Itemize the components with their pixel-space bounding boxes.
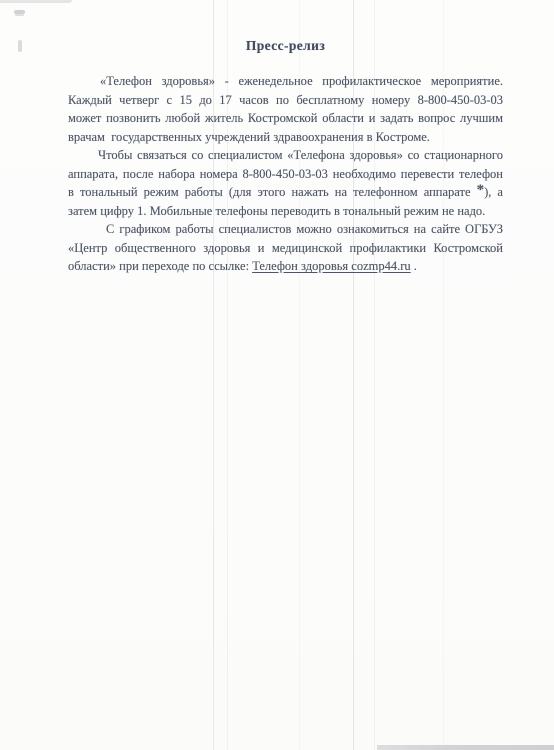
text-segment: может позвонить любой житель Костромской…	[68, 111, 503, 125]
text-line: «Телефон здоровья» - еженедельное профил…	[68, 72, 503, 91]
text-line: затем цифру 1. Мобильные телефоны перево…	[68, 202, 503, 221]
scan-smudge-artifact	[0, 0, 72, 3]
document-title: Пресс-релиз	[68, 38, 503, 54]
text-line: С графиком работы специалистов можно озн…	[68, 220, 503, 239]
text-line: может позвонить любой житель Костромской…	[68, 109, 503, 128]
text-line: аппарата, после набора номера 8-800-450-…	[68, 165, 503, 184]
document-body: «Телефон здоровья» - еженедельное профил…	[68, 72, 503, 276]
text-line: «Центр общественного здоровья и медицинс…	[68, 239, 503, 258]
text-line: врачам государственных учреждений здраво…	[68, 128, 503, 147]
text-segment: затем цифру 1. Мобильные телефоны перево…	[68, 204, 485, 218]
pencil-mark-artifact	[14, 10, 25, 14]
health-phone-site-link[interactable]: Телефон здоровья cozmp44.ru	[252, 259, 410, 273]
text-line: Чтобы связаться со специалистом «Телефон…	[68, 146, 503, 165]
text-segment: С графиком работы специалистов можно озн…	[106, 222, 503, 236]
pencil-mark-artifact	[18, 40, 22, 52]
text-segment: области» при переходе по ссылке:	[68, 259, 252, 273]
asterisk-symbol: *	[477, 183, 485, 198]
text-line: Каждый четверг с 15 до 17 часов по беспл…	[68, 91, 503, 110]
text-segment: «Телефон здоровья» - еженедельное профил…	[100, 74, 503, 88]
text-segment: в тональный режим работы (для этого нажа…	[68, 185, 477, 199]
text-segment: «Центр общественного здоровья и медицинс…	[68, 241, 503, 255]
text-segment: .	[411, 259, 417, 273]
scan-edge-strip-artifact	[377, 745, 554, 750]
text-segment: ), а	[484, 185, 503, 199]
text-segment: аппарата, после набора номера 8-800-450-…	[68, 167, 503, 181]
text-segment: врачам государственных учреждений здраво…	[68, 130, 430, 144]
text-line: области» при переходе по ссылке: Телефон…	[68, 257, 503, 276]
scanned-press-release-page: Пресс-релиз «Телефон здоровья» - еженеде…	[0, 0, 554, 750]
text-segment: Каждый четверг с 15 до 17 часов по беспл…	[68, 93, 503, 107]
text-segment: Чтобы связаться со специалистом «Телефон…	[98, 148, 503, 162]
text-line: в тональный режим работы (для этого нажа…	[68, 183, 503, 202]
